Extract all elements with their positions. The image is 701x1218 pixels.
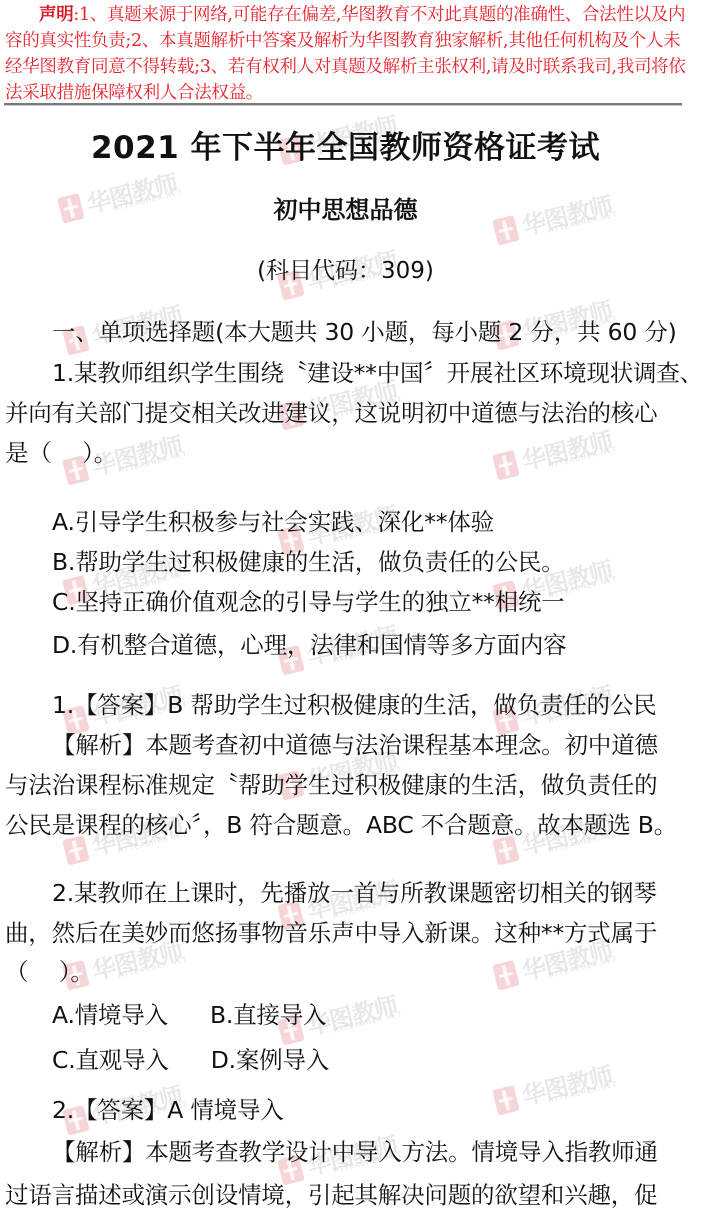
- disclaimer-lead: 声明: [39, 5, 73, 25]
- option-b: B.直接导入: [210, 1001, 326, 1029]
- subject-code: (科目代码：309): [0, 253, 691, 289]
- question-stem-line: 曲，然后在美妙而悠扬事物音乐声中导入新课。这种**方式属于: [5, 916, 695, 950]
- analysis-line: 过语言描述或演示创设情境，引起其解决问题的欲望和兴趣，促: [5, 1178, 695, 1212]
- option-c: C.直观导入: [52, 1046, 169, 1074]
- question-stem-line: 是（ ）。: [5, 436, 695, 470]
- question-stem-line: 并向有关部门提交相关改进建议，这说明初中道德与法治的核心: [5, 396, 695, 430]
- section-heading: 一、单项选择题(本大题共 30 小题，每小题 2 分，共 60 分): [52, 315, 701, 349]
- analysis-line: 公民是课程的核心〞，B 符合题意。ABC 不合题意。故本题选 B。: [5, 808, 695, 842]
- analysis-line: 与法治课程标准规定〝帮助学生过积极健康的生活，做负责任的: [5, 768, 695, 802]
- exam-page: 华图教师HTTEACHER.NET 华图教师HTTEACHER.NET 华图教师…: [0, 0, 701, 1218]
- option-c: C.坚持正确价值观念的引导与学生的独立**相统一: [52, 585, 701, 619]
- question-stem-line: 1.某教师组织学生围绕〝建设**中国〞开展社区环境现状调查、: [52, 356, 701, 390]
- option-d: D.案例导入: [211, 1046, 329, 1074]
- option-b: B.帮助学生过积极健康的生活，做负责任的公民。: [52, 545, 701, 579]
- exam-subject: 初中思想品德: [0, 192, 691, 228]
- analysis-line: 【解析】本题考查教学设计中导入方法。情境导入指教师通: [52, 1135, 701, 1169]
- option-d: D.有机整合道德，心理，法律和国情等多方面内容: [52, 628, 701, 662]
- header-divider: [4, 103, 682, 106]
- option-a: A.引导学生积极参与社会实践、深化**体验: [52, 505, 701, 539]
- analysis-line: 【解析】本题考查初中道德与法治课程基本理念。初中道德: [52, 728, 701, 762]
- answer-line: 2.【答案】A 情境导入: [52, 1093, 701, 1127]
- question-stem-line: 2.某教师在上课时，先播放一首与所教课题密切相关的钢琴: [52, 876, 701, 910]
- option-row: C.直观导入D.案例导入: [52, 1043, 701, 1077]
- exam-title: 2021 年下半年全国教师资格证考试: [0, 128, 691, 168]
- answer-line: 1.【答案】B 帮助学生过积极健康的生活，做负责任的公民: [52, 688, 701, 722]
- question-stem-line: （ ）。: [5, 955, 695, 989]
- option-a: A.情境导入: [52, 1001, 168, 1029]
- option-row: A.情境导入B.直接导入: [52, 998, 701, 1032]
- disclaimer: 声明:1、真题来源于网络,可能存在偏差,华图教育不对此真题的准确性、合法性以及内…: [5, 2, 687, 106]
- disclaimer-text: :1、真题来源于网络,可能存在偏差,华图教育不对此真题的准确性、合法性以及内容的…: [5, 5, 686, 103]
